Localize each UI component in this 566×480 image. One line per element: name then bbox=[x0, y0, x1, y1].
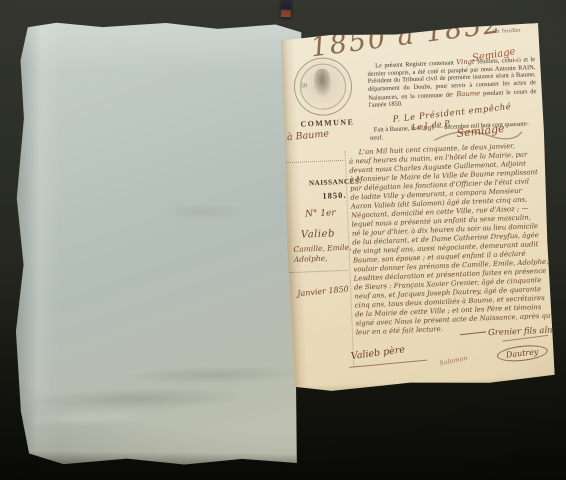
act-number: N° 1er bbox=[305, 208, 336, 219]
cover-top-shading bbox=[16, 21, 305, 74]
margin-surname: Valieb bbox=[301, 228, 335, 240]
commune-label: COMMUNE bbox=[300, 117, 354, 128]
margin-act-date: Janvier 1850 bbox=[297, 284, 349, 298]
margin-given-names: Camille, Emile, Adolphe, bbox=[293, 243, 352, 265]
revenue-stamp-icon: 50 bbox=[293, 57, 353, 117]
signature-witness-small: Salomon bbox=[439, 354, 469, 367]
stamp-seated-figure bbox=[313, 68, 331, 99]
registry-cover bbox=[12, 21, 305, 468]
stamp-value: 50 bbox=[301, 83, 307, 89]
signature-father: Valieb père bbox=[350, 344, 405, 362]
register-declaration: Le présent Registre contenant Vingt feui… bbox=[367, 55, 537, 110]
fill-commune-name: e Baume bbox=[449, 89, 481, 98]
cover-bottom-edge bbox=[12, 450, 300, 467]
signature-witness-oval: Dautrey bbox=[496, 343, 548, 363]
ink-flourish bbox=[432, 128, 524, 144]
fill-feuillets-count: Vingt bbox=[456, 58, 475, 67]
cover-crease bbox=[129, 146, 274, 278]
archive-photo: 1er feuillet 1850 a 1852 Semiage 50 COMM… bbox=[0, 0, 566, 480]
registry-page: 1er feuillet 1850 a 1852 Semiage 50 COMM… bbox=[278, 23, 555, 396]
signature-officiant-text: Grenier fils aîné bbox=[488, 325, 558, 338]
birth-act-body: L'an Mil huit cent cinquante, le deux ja… bbox=[349, 141, 552, 338]
spine-headband bbox=[281, 0, 292, 17]
page-bottom-shadow bbox=[292, 376, 555, 397]
commune-name-handwritten: à Baume bbox=[287, 128, 330, 143]
cover-crease bbox=[29, 346, 296, 442]
section-year: 1850. bbox=[322, 190, 347, 201]
signature-flourish bbox=[349, 360, 427, 368]
signature-flourish bbox=[460, 331, 486, 335]
